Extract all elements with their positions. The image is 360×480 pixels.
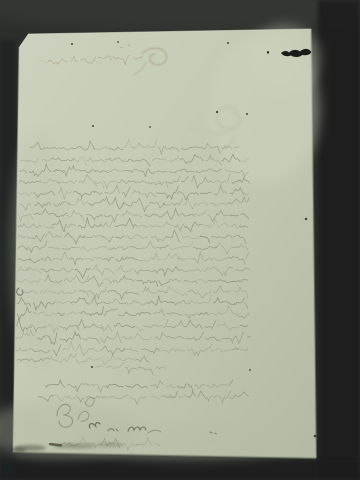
scanned-letter-image (0, 0, 360, 480)
manuscript-scan-viewport (0, 0, 360, 480)
